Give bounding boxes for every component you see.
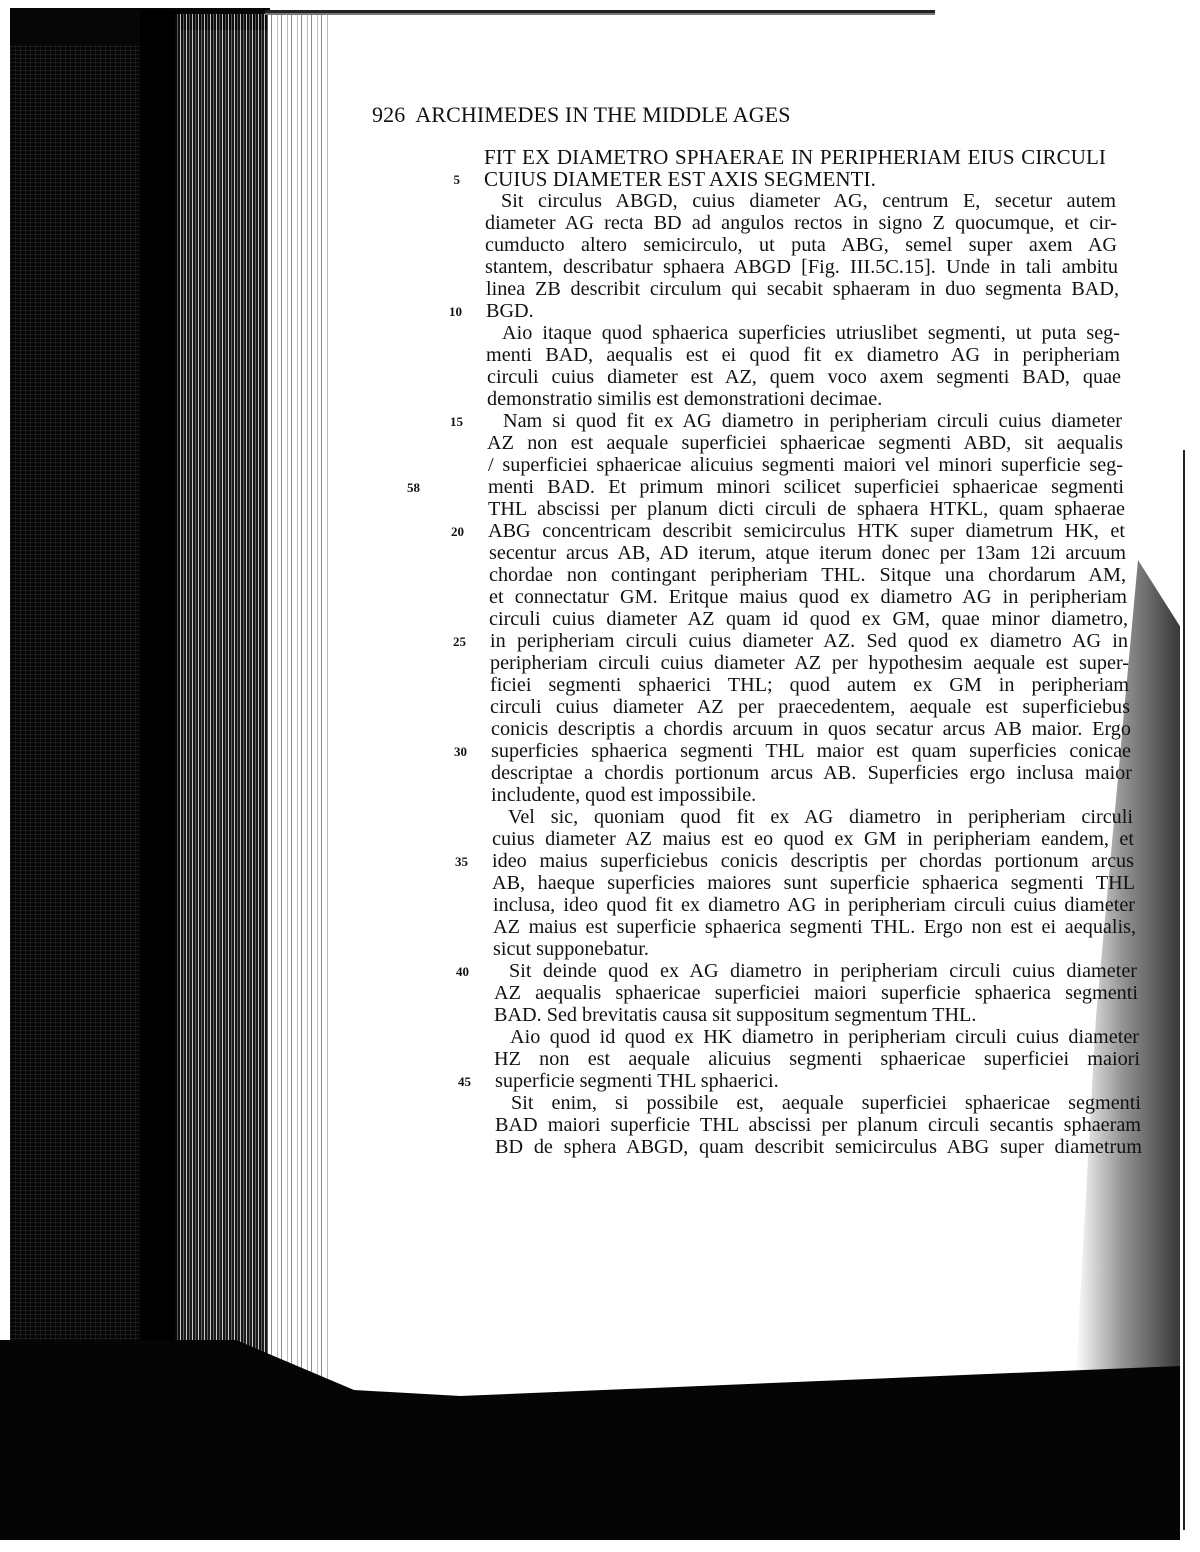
page-top-edge bbox=[265, 10, 935, 18]
margin-line-number: 30 bbox=[427, 744, 467, 760]
margin-line-number: 20 bbox=[424, 524, 464, 540]
text-line: demonstratio similis est demonstrationi … bbox=[487, 388, 882, 410]
text-line: diameter AG recta BD ad angulos rectos i… bbox=[485, 212, 1117, 234]
text-line: superficie segmenti THL sphaerici. bbox=[495, 1070, 779, 1092]
text-line: Nam si quod fit ex AG diametro in periph… bbox=[503, 410, 1122, 432]
section-title-line: CUIUS DIAMETER EST AXIS SEGMENTI. bbox=[484, 168, 876, 190]
text-line: conicis descriptis a chordis arcuum in q… bbox=[491, 718, 1131, 740]
text-line: stantem, describatur sphaera ABGD [Fig. … bbox=[485, 256, 1118, 278]
scan-noise bbox=[10, 45, 155, 1375]
text-line: in peripheriam circuli cuius diameter AZ… bbox=[490, 630, 1128, 652]
margin-line-number: 45 bbox=[431, 1074, 471, 1090]
margin-line-number: 25 bbox=[426, 634, 466, 650]
text-line: Sit circulus ABGD, cuius diameter AG, ce… bbox=[501, 190, 1116, 212]
text-line: menti BAD. Et primum minori scilicet sup… bbox=[488, 476, 1124, 498]
text-line: HZ non est aequale alicuius segmenti sph… bbox=[494, 1048, 1140, 1070]
text-line: circuli cuius diameter est AZ, quem voco… bbox=[487, 366, 1121, 388]
running-head: 926ARCHIMEDES IN THE MIDDLE AGES bbox=[372, 102, 791, 128]
text-line: inclusa, ideo quod fit ex diametro AG in… bbox=[493, 894, 1135, 916]
text-line: Sit deinde quod ex AG diametro in periph… bbox=[509, 960, 1137, 982]
text-line: ideo maius superficiebus conicis descrip… bbox=[492, 850, 1134, 872]
margin-line-number: 35 bbox=[428, 854, 468, 870]
text-line: superficies sphaerica segmenti THL maior… bbox=[491, 740, 1131, 762]
margin-line-number: 58 bbox=[380, 480, 420, 496]
text-line: BD de sphera ABGD, quam describit semici… bbox=[495, 1136, 1142, 1158]
text-line: descriptae a chordis portionum arcus AB.… bbox=[491, 762, 1132, 784]
page-number: 926 bbox=[372, 102, 405, 127]
text-line: Aio itaque quod sphaerica superficies ut… bbox=[502, 322, 1120, 344]
text-line: linea ZB describit circulum qui secabit … bbox=[486, 278, 1119, 300]
running-head-title: ARCHIMEDES IN THE MIDDLE AGES bbox=[415, 102, 790, 127]
text-line: AZ aequalis sphaericae superficiei maior… bbox=[494, 982, 1138, 1004]
text-line: Vel sic, quoniam quod fit ex AG diametro… bbox=[508, 806, 1133, 828]
text-line: ABG concentricam describit semicirculus … bbox=[488, 520, 1125, 542]
text-line: circuli cuius diameter AZ per praecedent… bbox=[490, 696, 1130, 718]
text-line: Aio quod id quod ex HK diametro in perip… bbox=[510, 1026, 1139, 1048]
book-gutter bbox=[140, 10, 180, 1410]
text-line: ficiei segmenti sphaerici THL; quod aute… bbox=[490, 674, 1129, 696]
text-line: / superficiei sphaericae alicuius segmen… bbox=[488, 454, 1123, 476]
scanned-book-page: 926ARCHIMEDES IN THE MIDDLE AGES FIT EX … bbox=[0, 0, 1200, 1552]
page-edges-stack bbox=[175, 14, 270, 1394]
text-line: includente, quod est impossibile. bbox=[491, 784, 756, 806]
margin-line-number: 10 bbox=[422, 304, 462, 320]
section-title-line: FIT EX DIAMETRO SPHAERAE IN PERIPHERIAM … bbox=[484, 146, 1106, 168]
text-line: peripheriam circuli cuius diameter AZ pe… bbox=[490, 652, 1129, 674]
text-line: AZ maius est superficie sphaerica segmen… bbox=[493, 916, 1136, 938]
text-line: menti BAD, aequalis est ei quod fit ex d… bbox=[486, 344, 1120, 366]
bottom-scan-shadow bbox=[0, 1340, 1180, 1540]
text-line: BAD. Sed brevitatis causa sit suppositum… bbox=[494, 1004, 976, 1026]
text-line: BGD. bbox=[486, 300, 534, 322]
text-line: circuli cuius diameter AZ quam id quod e… bbox=[489, 608, 1128, 630]
margin-line-number: 40 bbox=[429, 964, 469, 980]
text-line: AB, haeque superficies maiores sunt supe… bbox=[492, 872, 1135, 894]
text-line: cuius diameter AZ maius est eo quod ex G… bbox=[492, 828, 1134, 850]
margin-line-number: 5 bbox=[420, 172, 460, 188]
text-line: secentur arcus AB, AD iterum, atque iter… bbox=[489, 542, 1126, 564]
right-border-line bbox=[1183, 450, 1185, 1530]
text-line: et connectatur GM. Eritque maius quod ex… bbox=[489, 586, 1127, 608]
text-line: Sit enim, si possibile est, aequale supe… bbox=[511, 1092, 1141, 1114]
page-edges-light bbox=[268, 14, 328, 1404]
text-line: sicut supponebatur. bbox=[493, 938, 649, 960]
text-line: THL abscissi per planum dicti circuli de… bbox=[488, 498, 1125, 520]
text-line: BAD maiori superficie THL abscissi per p… bbox=[495, 1114, 1141, 1136]
text-line: cumducto altero semicirculo, ut puta ABG… bbox=[485, 234, 1117, 256]
text-line: chordae non contingant peripheriam THL. … bbox=[489, 564, 1126, 586]
text-line: AZ non est aequale superficiei sphaerica… bbox=[487, 432, 1123, 454]
margin-line-number: 15 bbox=[423, 414, 463, 430]
